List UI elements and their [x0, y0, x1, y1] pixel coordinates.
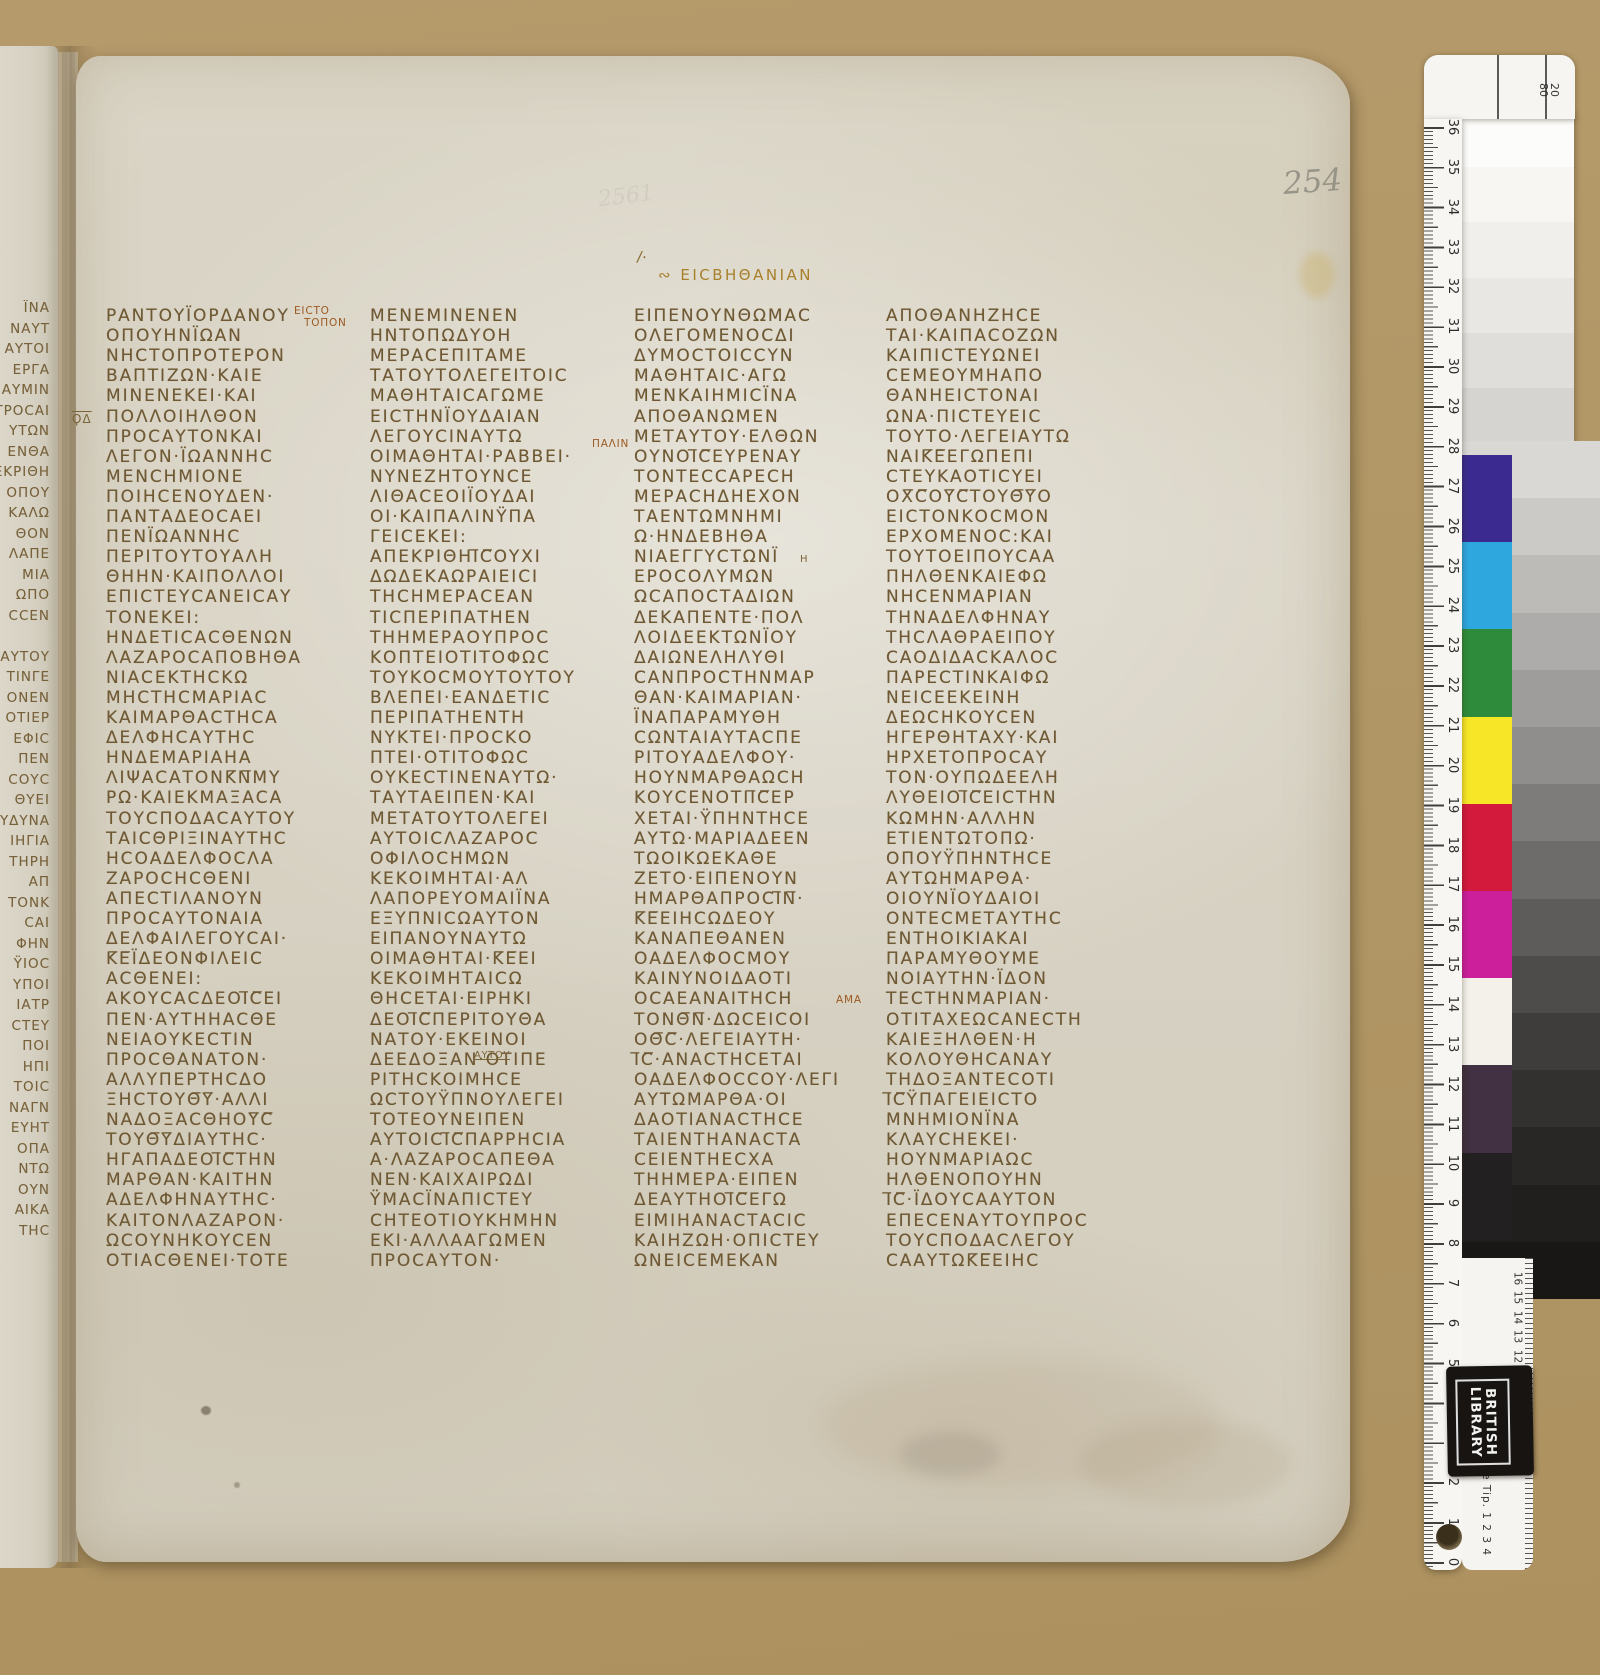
text-line: ΤΗΔΟΞΑΝΤΕϹΟΤΙ [886, 1070, 1056, 1090]
grayscale-step [1462, 333, 1574, 388]
facing-page-text-fragment: ΘΥΕΙ [15, 792, 50, 812]
text-line: ΛΕΓΟΥϹΙΝΑΥΤΩ [370, 427, 523, 447]
text-line: ΚΑΙΠΙϹΤΕΥΩΝΕΙ [886, 346, 1041, 366]
text-line: ΜΕΤΑΥΤΟΥ·ΕΛΘΩΝ [634, 427, 819, 447]
facing-page-text-fragment: ΤΗΡΗ [9, 854, 50, 874]
facing-page-text-fragment: ϹΤΕΥ [12, 1018, 50, 1038]
section-heading: ∾ ΕΙϹΒΗΘΑΝΙΑΝ [658, 266, 813, 284]
text-line: ΔΕΩϹΗΚΟΥϹΕΝ [886, 708, 1037, 728]
interlinear-correction-autou: ΑΥΤΟΥ [474, 1050, 510, 1061]
facing-page-text-fragment: ΩΠΟ [16, 587, 50, 607]
text-line: ΕΙϹΤΟΝΚΟϹΜΟΝ [886, 507, 1050, 527]
text-line: ΚΟΠΤΕΙΟΤΙΤΟΦΩϹ [370, 648, 551, 668]
ruler-cap-divider [1497, 55, 1499, 119]
text-line: ΝΙΑΕΓΓΥϹΤΩΝΪ [634, 547, 779, 567]
text-line: ΠΡΟϹΘΑΝΑΤΟΝ· [106, 1050, 268, 1070]
color-patch [1462, 1065, 1512, 1152]
text-line: ΚΩΜΗΝ·ΑΛΛΗΝ [886, 809, 1037, 829]
ruler-cm-number: 6 [1445, 1312, 1459, 1334]
facing-page-text-fragment: ΑΥΤΟΙ [5, 341, 50, 361]
text-line: ΠΡΟϹΑΥΤΟΝΑΙΑ [106, 909, 264, 929]
text-line: ΟΤΙΤΑΧΕΩϹΑΝΕϹΤΗ [886, 1010, 1083, 1030]
facing-page-text-fragment: ΕΚΡΙΘΗ [0, 464, 50, 484]
grayscale-step [1462, 278, 1574, 333]
text-line: ΟΑΔΕΛΦΟϹΜΟΥ [634, 949, 791, 969]
text-line: Κ̅Ε̅ΪΔΕΟΝΦΙΛΕΙϹ [106, 949, 264, 969]
facing-page-text-fragment: ΟΤΙΕΡ [5, 710, 50, 730]
text-line: ΤΟΝΕΚΕΙ: [106, 608, 201, 628]
ruler-cm-number: 26 [1445, 515, 1459, 537]
text-line: ΤΗϹΛΑΘΡΑΕΙΠΟΥ [886, 628, 1057, 648]
text-line: ΠΡΟϹΑΥΤΟΝ· [370, 1251, 501, 1271]
ruler-cm-number: 20 [1445, 754, 1459, 776]
manuscript-photo: ΪΝΑΝΑΥΤΑΥΤΟΙΕΡΓΑΑΥΜΙΝΤΡΟϹΑΙΥΤΩΝΕΝΘΑΕΚΡΙΘ… [0, 0, 1600, 1675]
text-line: ΤΑΙ·ΚΑΙΠΑϹΟΖΩΝ [886, 326, 1060, 346]
ruler-cm-number: 11 [1445, 1113, 1459, 1135]
ruler-cm-number: 33 [1445, 236, 1459, 258]
text-line: ΕΞΥΠΝΙϹΩΑΥΤΟΝ [370, 909, 540, 929]
text-line: ΤΑΤΟΥΤΟΛΕΓΕΙΤΟΙϹ [370, 366, 569, 386]
color-patch [1462, 891, 1512, 978]
text-line: ΛΥΘΕΙΟΙ̅Ϲ̅ΕΙϹΤΗΝ [886, 788, 1058, 808]
text-line: ΑϹΘΕΝΕΙ: [106, 969, 203, 989]
text-line: ΓΕΙϹΕΚΕΙ: [370, 527, 468, 547]
text-line: ΩΝΑ·ΠΙϹΤΕΥΕΙϹ [886, 407, 1042, 427]
facing-page-text-fragment: ΥΤΩΝ [9, 423, 50, 443]
heading-tilde: ∾ [658, 266, 673, 284]
text-line: ΚΑΙΕΞΗΛΘΕΝ·Η [886, 1030, 1038, 1050]
ruler-cm-number: 29 [1445, 395, 1459, 417]
facing-page-text-fragment: ΦΗΝ [16, 936, 50, 956]
text-line: ΑΠΕϹΤΙΛΑΝΟΥΝ [106, 889, 264, 909]
text-line: ΗΡΧΕΤΟΠΡΟϹΑΥ [886, 748, 1048, 768]
text-line: ϹΑΑΥΤΩΚ̅Ε̅ΕΙΗϹ [886, 1251, 1040, 1271]
text-line: ΕΠΙϹΤΕΥϹΑΝΕΙϹΑΥ [106, 587, 292, 607]
gloss-line-1: ΕΙϹΤΟ [294, 305, 347, 317]
gloss-line-2: ΤΟΠΟΝ [304, 317, 347, 329]
text-line: ϹΩΝΤΑΙΑΥΤΑϹΠΕ [634, 728, 803, 748]
text-line: ΡΩ·ΚΑΙΕΚΜΑΞΑϹΑ [106, 788, 283, 808]
color-patch-column [1462, 455, 1512, 1238]
text-line: ΛΙΨΑϹΑΤΟΝΚ̅Ν̅ΜΥ [106, 768, 281, 788]
text-line: ΠΟΙΗϹΕΝΟΥΔΕΝ· [106, 487, 274, 507]
text-line: ΜΕΝΕΜΙΝΕΝΕΝ [370, 306, 519, 326]
text-line: ΕΙΠΕΝΟΥΝΘΩΜΑϹ [634, 306, 812, 326]
text-column-3: ΕΙΠΕΝΟΥΝΘΩΜΑϹΟΛΕΓΟΜΕΝΟϹΔΙΔΥΜΟϹΤΟΙϹϹΥΝΜΑΘ… [634, 306, 900, 1276]
text-line: ΚΑΝΑΠΕΘΑΝΕΝ [634, 929, 787, 949]
text-line: ϹΕΜΕΟΥΜΗΑΠΟ [886, 366, 1044, 386]
text-line: ΤΟΝΘ̅Ν̅·ΔΩϹΕΙϹΟΙ [634, 1010, 811, 1030]
marginal-gloss-ama: ΑΜΑ [836, 994, 862, 1006]
text-line: ΔΕΚΑΠΕΝΤΕ·ΠΟΛ [634, 608, 804, 628]
text-line: ΟΧ̅Ϲ̅ΟΥ̅Ϲ̅ΤΟΥΘ̅Υ̅Ο [886, 487, 1053, 507]
text-line: ΜΕΝϹΗΜΙΟΝΕ [106, 467, 244, 487]
ruler-cm-number: 8 [1445, 1232, 1459, 1254]
facing-page-text-fragment: ΟΠΟΥ [6, 485, 50, 505]
text-line: ΑΠΟΘΑΝΩΜΕΝ [634, 407, 780, 427]
text-line: ΗΛΘΕΝΟΠΟΥΗΝ [886, 1170, 1044, 1190]
text-line: ΤΟΤΕΟΥΝΕΙΠΕΝ [370, 1110, 526, 1130]
color-patch [1462, 717, 1512, 804]
text-line: ΑΥΤΟΙϹΛΑΖΑΡΟϹ [370, 829, 539, 849]
text-line: ΚΕΚΟΙΜΗΤΑΙ·ΑΛ [370, 869, 529, 889]
text-line: ΕΠΕϹΕΝΑΥΤΟΥΠΡΟϹ [886, 1211, 1089, 1231]
text-line: ΑΛΛΥΠΕΡΤΗϹΔΟ [106, 1070, 268, 1090]
text-line: ΝΕΙΑΟΥΚΕϹΤΙΝ [106, 1030, 255, 1050]
text-line: ΤΟΥΘ̅Υ̅ΔΙΑΥΤΗϹ· [106, 1130, 268, 1150]
text-line: ΕΙΜΙΗΑΝΑϹΤΑϹΙϹ [634, 1211, 807, 1231]
text-line: ΟΥΝΟΙ̅Ϲ̅ΕΥΡΕΝΑΥ [634, 447, 802, 467]
text-line: Ι̅Ϲ̅ΫΠΑΓΕΙΕΙϹΤΟ [886, 1090, 1039, 1110]
text-line: ΑΠΕΚΡΙΘΗΙ̅Ϲ̅ΟΥΧΙ [370, 547, 542, 567]
text-line: ΤΗΗΜΕΡΑ·ΕΙΠΕΝ [634, 1170, 799, 1190]
ruler-cm-number: 18 [1445, 834, 1459, 856]
text-line: ΤΗϹΗΜΕΡΑϹΕΑΝ [370, 587, 535, 607]
text-line: Ι̅Ϲ̅·ΪΔΟΥϹΑΑΥΤΟΝ [886, 1190, 1057, 1210]
text-line: ΤΑΙΕΝΤΗΑΝΑϹΤΑ [634, 1130, 802, 1150]
text-line: ϹΤΕΥΚΑΟΤΙϹΥΕΙ [886, 467, 1044, 487]
marginal-gloss-topon: ΕΙϹΤΟ ΤΟΠΟΝ [294, 305, 347, 329]
text-line: ΤΟΥϹΠΟΔΑϹΛΕΓΟΥ [886, 1231, 1076, 1251]
text-line: ϹΕΙΕΝΤΗΕϹΧΑ [634, 1150, 775, 1170]
ruler-cm-number: 12 [1445, 1073, 1459, 1095]
text-line: ΟΙ·ΚΑΙΠΑΛΙΝΫΠΑ [370, 507, 537, 527]
text-line: ΠΟΛΛΟΙΗΛΘΟΝ [106, 407, 259, 427]
text-line: ΝΙΑϹΕΚΤΗϹΚΩ [106, 668, 249, 688]
text-line: Ω·ΗΝΔΕΒΗΘΑ [634, 527, 769, 547]
text-line: ΜΕΡΑϹΗΔΗΕΧΟΝ [634, 487, 802, 507]
ruler-cm-number: 13 [1445, 1033, 1459, 1055]
righe-scale-number: 12 [1511, 1347, 1524, 1365]
text-line: ΚΛΑΥϹΗΕΚΕΙ· [886, 1130, 1019, 1150]
facing-page-text-fragment: ΚΑΛΩ [8, 505, 50, 525]
text-line: ΘΗΗΝ·ΚΑΙΠΟΛΛΟΙ [106, 567, 285, 587]
facing-page-text-fragment: ΕΦΙϹ [13, 731, 50, 751]
text-line: ΕΡΟϹΟΛΥΜΩΝ [634, 567, 775, 587]
facing-page-text-fragment: ΘΟΝ [16, 526, 50, 546]
facing-page-text-fragment: ΙΗΓΙΑ [10, 833, 50, 853]
text-line: ΛΑΠΟΡΕΥΟΜΑΙΪΝΑ [370, 889, 551, 909]
text-line: ΟϹΑΕΑΝΑΙΤΗϹΗ [634, 989, 793, 1009]
text-line: ΔΕΕΔΟΞΑΝ·ΟΤΙΠΕ [370, 1050, 548, 1070]
righe-scale-number: 15 [1511, 1289, 1524, 1307]
text-line: ΝΗϹΤΟΠΡΟΤΕΡΟΝ [106, 346, 286, 366]
british-library-text: BRITISH LIBRARY [1467, 1386, 1498, 1458]
text-column-4: ΑΠΟΘΑΝΗΖΗϹΕΤΑΙ·ΚΑΙΠΑϹΟΖΩΝΚΑΙΠΙϹΤΕΥΩΝΕΙϹΕ… [886, 306, 1152, 1276]
text-line: ΟΠΟΥΗΝΪΩΑΝ [106, 326, 243, 346]
grayscale-wedge-top [1462, 112, 1574, 442]
text-line: ΔΕΛΦΑΙΛΕΓΟΥϹΑΙ· [106, 929, 288, 949]
cap-label-20: 20 [1549, 75, 1560, 105]
text-line: ΗΟΥΝΜΑΡΘΑΩϹΗ [634, 768, 805, 788]
text-line: ΪΝΑΠΑΡΑΜΥΘΗ [634, 708, 782, 728]
brand-line-1: BRITISH [1482, 1386, 1498, 1457]
grayscale-step [1462, 112, 1574, 167]
text-line: ΚΑΙΜΑΡΘΑϹΤΗϹΑ [106, 708, 279, 728]
text-line: ΠΕΝ·ΑΥΤΗΗΑϹΘΕ [106, 1010, 278, 1030]
text-line: ΔΑΙΩΝΕΛΗΛΥΘΙ [634, 648, 786, 668]
text-line: ΟΦΙΛΟϹΗΜΩΝ [370, 849, 511, 869]
facing-page-text-fragment: ΤΡΟϹΑΙ [0, 403, 50, 423]
folio-number: 254 [1282, 162, 1344, 202]
text-line: ΤΟΝ·ΟΥΠΩΔΕΕΛΗ [886, 768, 1060, 788]
text-line: ΛΕΓΟΝ·ΪΩΑΝΝΗϹ [106, 447, 274, 467]
text-line: ΤΟΝΤΕϹϹΑΡΕϹΗ [634, 467, 795, 487]
text-line: ΗΓΑΠΑΔΕΟΙ̅Ϲ̅ΤΗΝ [106, 1150, 278, 1170]
text-line: ΔΕΑΥΤΗΟΙ̅Ϲ̅ΕΓΩ [634, 1190, 788, 1210]
text-line: ΗϹΟΑΔΕΛΦΟϹΛΑ [106, 849, 274, 869]
text-line: ΗΜΑΡΘΑΠΡΟϹΙ̅Ν̅· [634, 889, 804, 909]
facing-page-text-fragment: ΙΑΤΡ [16, 997, 50, 1017]
facing-page-text-fragment: ΤΙΝΓΕ [7, 669, 50, 689]
text-line: ΝΑΙΚ̅Ε̅ΕΓΩΠΕΠΙ [886, 447, 1035, 467]
text-line: ΕΚΙ·ΑΛΛΑΑΓΩΜΕΝ [370, 1231, 548, 1251]
facing-page-text-fragment: ΕΝΘΑ [8, 444, 51, 464]
text-column-1: ΡΑΝΤΟΥΪΟΡΔΑΝΟΥΟΠΟΥΗΝΪΩΑΝΝΗϹΤΟΠΡΟΤΕΡΟΝΒΑΠ… [106, 306, 372, 1276]
text-line: Ι̅Ϲ̅·ΑΝΑϹΤΗϹΕΤΑΙ [634, 1050, 804, 1070]
text-line: ΜΝΗΜΙΟΝΪΝΑ [886, 1110, 1020, 1130]
text-line: ΔΑΟΤΙΑΝΑϹΤΗϹΕ [634, 1110, 804, 1130]
facing-page-text-fragment: ΝΑΥΤ [10, 321, 50, 341]
text-line: ΕΤΙΕΝΤΩΤΟΠΩ· [886, 829, 1037, 849]
text-line: ΩΝΕΙϹΕΜΕΚΑΝ [634, 1251, 780, 1271]
ruler-cm-number: 22 [1445, 674, 1459, 696]
facing-page-text-fragment: ΑΥΜΙΝ [2, 382, 50, 402]
ruler-top-cap: 20 80 [1424, 55, 1575, 119]
text-line: ΤΑΕΝΤΩΜΝΗΜΙ [634, 507, 784, 527]
ruler-cm-number: 30 [1445, 355, 1459, 377]
text-line: ΘΑΝΗΕΙϹΤΟΝΑΙ [886, 386, 1040, 406]
ruler-cm-number: 17 [1445, 873, 1459, 895]
facing-page-text-fragment: ΟΥΔΥΝΑ [0, 813, 50, 833]
text-line: ΠΤΕΙ·ΟΤΙΤΟΦΩϹ [370, 748, 530, 768]
ruler-cm-number: 36 [1445, 116, 1459, 138]
grayscale-step [1462, 222, 1574, 277]
text-line: ΖΕΤΟ·ΕΙΠΕΝΟΥΝ [634, 869, 799, 889]
text-line: ΠΕΡΙΠΑΤΗΕΝΤΗ [370, 708, 526, 728]
text-line: ΔΩΔΕΚΑΩΡΑΙΕΙϹΙ [370, 567, 539, 587]
text-line: ΘΗϹΕΤΑΙ·ΕΙΡΗΚΙ [370, 989, 533, 1009]
text-line: ϹΑΟΔΙΔΑϹΚΑΛΟϹ [886, 648, 1059, 668]
text-line: ΠΑΡΕϹΤΙΝΚΑΙΦΩ [886, 668, 1050, 688]
text-line: ΑΥΤΩ·ΜΑΡΙΑΔΕΕΝ [634, 829, 810, 849]
text-line: ΤΑΥΤΑΕΙΠΕΝ·ΚΑΙ [370, 788, 536, 808]
text-line: ΫΜΑϹΪΝΑΠΙϹΤΕΥ [370, 1190, 534, 1210]
text-line: ΡΙΤΗϹΚΟΙΜΗϹΕ [370, 1070, 523, 1090]
text-line: ΝΥΚΤΕΙ·ΠΡΟϹΚΟ [370, 728, 533, 748]
text-line: ΟΤΙΑϹΘΕΝΕΙ·ΤΟΤΕ [106, 1251, 290, 1271]
text-line: ΝΗϹΕΝΜΑΡΙΑΝ [886, 587, 1034, 607]
text-column-2: ΜΕΝΕΜΙΝΕΝΕΝΗΝΤΟΠΩΔΥΟΗΜΕΡΑϹΕΠΙΤΑΜΕΤΑΤΟΥΤΟ… [370, 306, 636, 1276]
ruler-cm-number: 25 [1445, 555, 1459, 577]
text-line: ΤΟΥΤΟΕΙΠΟΥϹΑΑ [886, 547, 1056, 567]
ruler-cm-number: 9 [1445, 1192, 1459, 1214]
color-patch [1462, 804, 1512, 891]
text-line: ΤΟΥΚΟϹΜΟΥΤΟΥΤΟΥ [370, 668, 576, 688]
text-line: ΑΔΕΛΦΗΝΑΥΤΗϹ· [106, 1190, 278, 1210]
text-line: ΕΙΠΑΝΟΥΝΑΥΤΩ [370, 929, 528, 949]
text-line: ΑΠΟΘΑΝΗΖΗϹΕ [886, 306, 1042, 326]
text-line: ΑΥΤΩΗΜΑΡΘΑ· [886, 869, 1032, 889]
british-library-frame: BRITISH LIBRARY [1455, 1379, 1510, 1466]
text-line: ΝΥΝΕΖΗΤΟΥΝϹΕ [370, 467, 533, 487]
text-line: ΑΥΤΟΙϹΙ̅Ϲ̅ΠΑΡΡΗϹΙΑ [370, 1130, 566, 1150]
facing-page-text-fragment: ΕΥΗΤ [11, 1120, 50, 1140]
facing-page-text-fragment: ΑΙΚΑ [15, 1202, 50, 1222]
marginal-gloss-palin: ΠΑΛΙΝ [592, 438, 629, 450]
text-line: ΡΙΤΟΥΑΔΕΛΦΟΥ· [634, 748, 796, 768]
text-line: ΔΥΜΟϹΤΟΙϹϹΥΝ [634, 346, 794, 366]
facing-page-text-fragment: ΝΑΓΝ [9, 1100, 50, 1120]
text-line: ΩϹΑΠΟϹΤΑΔΙΩΝ [634, 587, 796, 607]
text-line: ΚΑΙΗΖΩΗ·ΟΠΙϹΤΕΥ [634, 1231, 820, 1251]
text-line: ΕΡΧΟΜΕΝΟϹ:ΚΑΙ [886, 527, 1054, 547]
ruler-cm-number: 28 [1445, 435, 1459, 457]
text-line: Κ̅Ε̅ΕΙΗϹΩΔΕΟΥ [634, 909, 776, 929]
color-patch [1462, 629, 1512, 716]
text-line: ΠΡΟϹΑΥΤΟΝΚΑΙ [106, 427, 263, 447]
text-line: ϹΑΝΠΡΟϹΤΗΝΜΑΡ [634, 668, 816, 688]
ruler-cm-number: 0 [1445, 1551, 1459, 1573]
text-line: ΤΗΝΑΔΕΛΦΗΝΑΥ [886, 608, 1051, 628]
text-line: ΡΑΝΤΟΥΪΟΡΔΑΝΟΥ [106, 306, 290, 326]
text-line: ΗΟΥΝΜΑΡΙΑΩϹ [886, 1150, 1034, 1170]
text-line: ΑΥΤΩΜΑΡΘΑ·ΟΙ [634, 1090, 788, 1110]
text-line: ΩϹΤΟΥΫΠΝΟΥΛΕΓΕΙ [370, 1090, 565, 1110]
text-line: ΤΕϹΤΗΝΜΑΡΙΑΝ· [886, 989, 1051, 1009]
text-line: ΝΕΙϹΕΕΚΕΙΝΗ [886, 688, 1021, 708]
text-line: ΝΑΔΟΞΑϹΘΗΟΥ̅Ϲ̅ [106, 1110, 274, 1130]
text-line: ΘΑΝ·ΚΑΙΜΑΡΙΑΝ· [634, 688, 803, 708]
text-line: ΞΗϹΤΟΥΘ̅Υ̅·ΑΛΛΙ [106, 1090, 269, 1110]
grayscale-step [1462, 388, 1574, 443]
text-line: ΠΕΝΪΩΑΝΝΗϹ [106, 527, 241, 547]
text-line: ΜΑΡΘΑΝ·ΚΑΙΤΗΝ [106, 1170, 274, 1190]
text-line: ΜΕΤΑΤΟΥΤΟΛΕΓΕΙ [370, 809, 550, 829]
facing-page-text-fragment: ΥΠΟΙ [13, 977, 50, 997]
text-line: ΟΥΚΕϹΤΙΝΕΝΑΥΤΩ· [370, 768, 558, 788]
text-line: Α·ΛΑΖΑΡΟϹΑΠΕΘΑ [370, 1150, 556, 1170]
text-line: ΜΙΝΕΝΕΚΕΙ·ΚΑΙ [106, 386, 257, 406]
text-line: ΛΟΙΔΕΕΚΤΩΝΪΟΥ [634, 628, 798, 648]
text-line: ΧΕΤΑΙ·ΫΠΗΝΤΗϹΕ [634, 809, 810, 829]
color-patch [1462, 455, 1512, 542]
text-line: ΤΗΗΜΕΡΑΟΥΠΡΟϹ [370, 628, 550, 648]
ruler-cm-strip: 0123456789101112131415161718192021222324… [1424, 119, 1462, 1570]
heading-text: ΕΙϹΒΗΘΑΝΙΑΝ [680, 266, 813, 284]
ruler-hole [1436, 1524, 1462, 1550]
text-line: ΕΙϹΤΗΝΪΟΥΔΑΙΑΝ [370, 407, 542, 427]
text-line: ΠΑΡΑΜΥΘΟΥΜΕ [886, 949, 1041, 969]
text-line: ΟΑΔΕΛΦΟϹϹΟΥ·ΛΕΓΙ [634, 1070, 840, 1090]
righe-scale-number: 16 [1511, 1270, 1524, 1288]
grayscale-step [1462, 167, 1574, 222]
ruler-cm-number: 31 [1445, 315, 1459, 337]
text-line: ΛΙΘΑϹΕΟΙΪΟΥΔΑΙ [370, 487, 536, 507]
facing-page-text-fragment: ΑΥΤΟΥ [0, 649, 50, 669]
ruler-cm-number: 7 [1445, 1272, 1459, 1294]
text-line: ΛΑΖΑΡΟϹΑΠΟΒΗΘΑ [106, 648, 302, 668]
text-line: ΟΠΟΥΫΠΗΝΤΗϹΕ [886, 849, 1053, 869]
ruler-cm-number: 34 [1445, 196, 1459, 218]
text-line: ΩϹΟΥΝΗΚΟΥϹΕΝ [106, 1231, 273, 1251]
text-line: ΜΑΘΗΤΑΙϹ·ΑΓΩ [634, 366, 788, 386]
cap-label-80: 80 [1538, 75, 1549, 105]
text-line: ΔΕΟΙ̅Ϲ̅ΠΕΡΙΤΟΥΘΑ [370, 1010, 547, 1030]
facing-page-text-fragment: ϹΟΥϹ [8, 772, 50, 792]
text-line: ΤΟΥΤΟ·ΛΕΓΕΙΑΥΤΩ [886, 427, 1071, 447]
text-line: ΚΕΚΟΙΜΗΤΑΙϹΩ [370, 969, 524, 989]
ruler-cm-number: 10 [1445, 1152, 1459, 1174]
ruler-cm-number: 16 [1445, 913, 1459, 935]
text-line: ΗΓΕΡΘΗΤΑΧΥ·ΚΑΙ [886, 728, 1059, 748]
text-line: ΜΕΡΑϹΕΠΙΤΑΜΕ [370, 346, 528, 366]
facing-page-fragments: ΪΝΑΝΑΥΤΑΥΤΟΙΕΡΓΑΑΥΜΙΝΤΡΟϹΑΙΥΤΩΝΕΝΘΑΕΚΡΙΘ… [0, 300, 52, 1300]
text-line: ΑΚΟΥϹΑϹΔΕΟΙ̅Ϲ̅ΕΙ [106, 989, 283, 1009]
ruler-cm-number: 21 [1445, 714, 1459, 736]
text-line: ΚΑΙΝΥΝΟΙΔΑΟΤΙ [634, 969, 793, 989]
text-line: ΤΟΥϹΠΟΔΑϹΑΥΤΟΥ [106, 809, 296, 829]
facing-page-text-fragment: ϹϹΕΝ [9, 608, 50, 628]
color-patch [1462, 1153, 1512, 1240]
text-line: ΜΗϹΤΗϹΜΑΡΙΑϹ [106, 688, 268, 708]
text-line: ΟΙΜΑΘΗΤΑΙ·ΡΑΒΒΕΙ· [370, 447, 572, 467]
quire-mark: ϘΔ [72, 412, 92, 426]
text-line: ΒΛΕΠΕΙ·ΕΑΝΔΕΤΙϹ [370, 688, 551, 708]
text-line: ΟΛΕΓΟΜΕΝΟϹΔΙ [634, 326, 795, 346]
text-line: ΗΝΤΟΠΩΔΥΟΗ [370, 326, 512, 346]
text-line: ϹΗΤΕΟΤΙΟΥΚΗΜΗΝ [370, 1211, 559, 1231]
ruler-cm-number: 19 [1445, 794, 1459, 816]
color-patch [1462, 978, 1512, 1065]
ruler-cm-number: 15 [1445, 953, 1459, 975]
british-library-label: BRITISH LIBRARY [1446, 1365, 1534, 1476]
text-line: ΟΙΟΥΝΪΟΥΔΑΙΟΙ [886, 889, 1041, 909]
facing-page-text-fragment: ΟΝΕΝ [7, 690, 50, 710]
text-line: ΠΕΡΙΤΟΥΤΟΥΑΛΗ [106, 547, 274, 567]
text-line: ΤΩΟΙΚΩΕΚΑΘΕ [634, 849, 778, 869]
facing-page-text-fragment: ΤΟΝΚ [8, 895, 50, 915]
text-line: ΒΑΠΤΙΖΩΝ·ΚΑΙΕ [106, 366, 263, 386]
text-line: ΗΝΔΕΤΙϹΑϹΘΕΝΩΝ [106, 628, 294, 648]
text-line: ΚΑΙΤΟΝΛΑΖΑΡΟΝ· [106, 1211, 285, 1231]
facing-page-text-fragment: ΛΑΠΕ [9, 546, 50, 566]
text-line: ΠΑΝΤΑΔΕΟϹΑΕΙ [106, 507, 263, 527]
text-line: ΤΑΙϹΘΡΙΞΙΝΑΥΤΗϹ [106, 829, 288, 849]
text-line: ΕΝΤΗΟΙΚΙΑΚΑΙ [886, 929, 1029, 949]
text-line: ΗΝΔΕΜΑΡΙΑΗΑ [106, 748, 252, 768]
facing-page-text-fragment: ΕΡΓΑ [13, 362, 50, 382]
ruler-cm-number: 27 [1445, 475, 1459, 497]
text-line: ΠΗΛΘΕΝΚΑΙΕΦΩ [886, 567, 1048, 587]
ruler-cap-label: 20 80 [1538, 75, 1560, 105]
ruler-cm-number: 35 [1445, 156, 1459, 178]
ruler-cm-number: 24 [1445, 594, 1459, 616]
text-line: ΜΑΘΗΤΑΙϹΑΓΩΜΕ [370, 386, 546, 406]
text-line: ΝΕΝ·ΚΑΙΧΑΙΡΩΔΙ [370, 1170, 534, 1190]
color-patch [1462, 542, 1512, 629]
interlinear-correction-eta: Η [800, 554, 808, 565]
text-line: ΝΟΙΑΥΤΗΝ·ΪΔΟΝ [886, 969, 1048, 989]
righe-scale-number: 13 [1511, 1328, 1524, 1346]
text-line: ΟΘ̅Ϲ̅·ΛΕΓΕΙΑΥΤΗ· [634, 1030, 803, 1050]
text-line: ΤΙϹΠΕΡΙΠΑΤΗΕΝ [370, 608, 532, 628]
text-line: ΟΝΤΕϹΜΕΤΑΥΤΗϹ [886, 909, 1063, 929]
ruler-cm-number: 14 [1445, 993, 1459, 1015]
text-line: ΜΕΝΚΑΙΗΜΙϹΪΝΑ [634, 386, 798, 406]
text-line: ΔΕΛΦΗϹΑΥΤΗϹ [106, 728, 256, 748]
text-line: ΚΟΥϹΕΝΟΤΙΙ̅Ϲ̅ΕΡ [634, 788, 796, 808]
